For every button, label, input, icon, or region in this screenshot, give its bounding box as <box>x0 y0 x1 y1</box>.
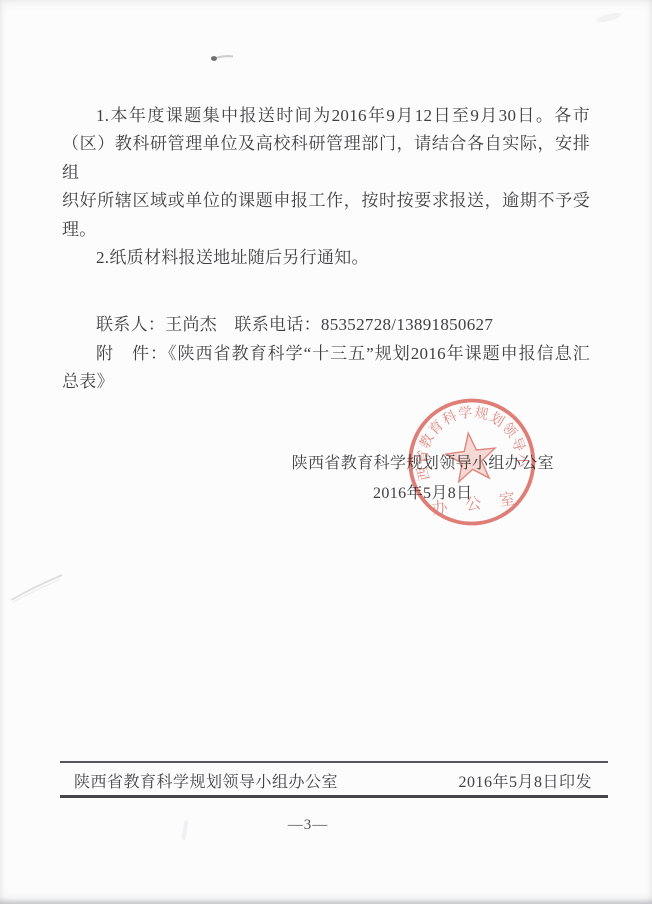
scan-blot <box>596 11 623 24</box>
page-number: —3— <box>0 817 616 834</box>
seal-graphic: 陕西省教育科学规划领导小组 办 公 室 <box>388 387 555 541</box>
ink-smudge <box>205 50 241 71</box>
star-icon <box>444 430 499 483</box>
footer: 陕西省教育科学规划领导小组办公室 2016年5月8日印发 <box>60 769 608 792</box>
paragraph-1-line: 理。 <box>62 216 590 244</box>
document-body: 1.本年度课题集中报送时间为2016年9月12日至9月30日。各市 （区）教科研… <box>62 102 590 397</box>
contact-line: 联系人：王尚杰 联系电话：85352728/13891850627 <box>62 311 590 339</box>
paragraph-1-line: 1.本年度课题集中报送时间为2016年9月12日至9月30日。各市 <box>62 102 590 130</box>
footer-issuer: 陕西省教育科学规划领导小组办公室 <box>60 769 338 792</box>
footer-bottom-rule <box>60 795 608 798</box>
attachment-line: 附 件：《陕西省教育科学“十三五”规划2016年课题申报信息汇 <box>62 340 590 368</box>
footer-print-date: 2016年5月8日印发 <box>458 769 608 792</box>
pencil-scratch-mark <box>8 570 66 609</box>
scan-bottom-edge <box>0 898 652 904</box>
paragraph-1-line: （区）教科研管理单位及高校科研管理部门，请结合各自实际，安排组 <box>62 130 590 187</box>
paragraph-1-line: 织好所辖区域或单位的课题申报工作，按时按要求报送，逾期不予受 <box>62 187 590 215</box>
seal-bottom-text: 办 公 室 <box>431 489 524 518</box>
scanned-document-page: 1.本年度课题集中报送时间为2016年9月12日至9月30日。各市 （区）教科研… <box>0 0 652 904</box>
paragraph-2: 2.纸质材料报送地址随后另行通知。 <box>62 244 590 272</box>
official-seal: 陕西省教育科学规划领导小组 办 公 室 <box>388 387 555 541</box>
footer-top-rule <box>60 761 608 763</box>
